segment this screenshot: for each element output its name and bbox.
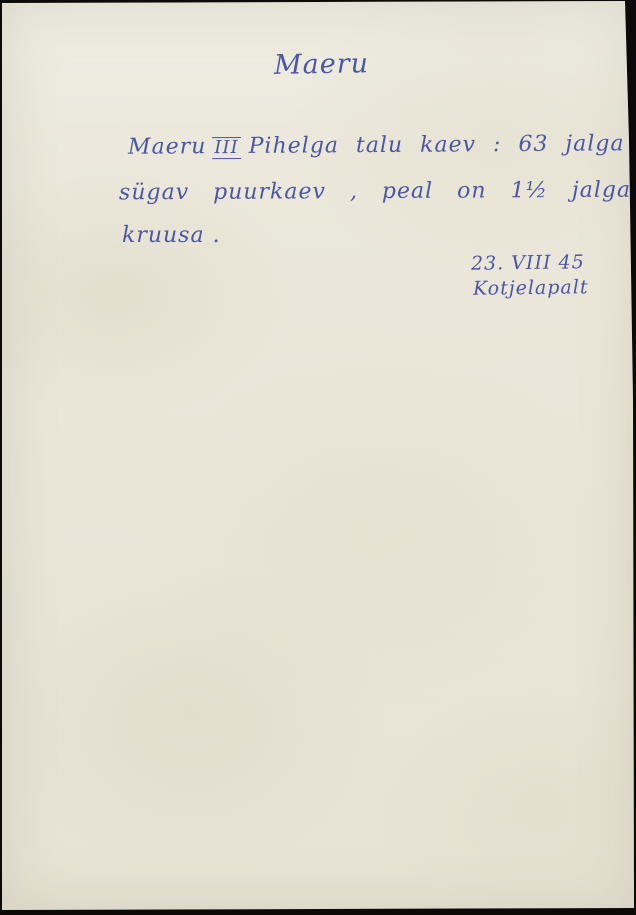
- line1-text: Pihelga talu kaev : 63 jalga: [249, 131, 625, 159]
- handwritten-line-3: kruusa .: [122, 223, 221, 248]
- signature-text: Kotjelapalt: [473, 276, 589, 300]
- handwritten-line-1: MaeruIIIPihelga talu kaev : 63 jalga: [128, 131, 625, 159]
- handwritten-line-2: sügav puurkaev , peal on 1½ jalga: [119, 178, 631, 206]
- page-title: Maeru: [274, 48, 370, 81]
- line1-place-name: Maeru: [128, 134, 207, 160]
- scanned-document: Maeru MaeruIIIPihelga talu kaev : 63 jal…: [0, 0, 636, 915]
- paper-sheet: Maeru MaeruIIIPihelga talu kaev : 63 jal…: [0, 0, 636, 915]
- date-text: 23. VIII 45: [471, 251, 585, 275]
- roman-numeral-iii: III: [212, 137, 240, 159]
